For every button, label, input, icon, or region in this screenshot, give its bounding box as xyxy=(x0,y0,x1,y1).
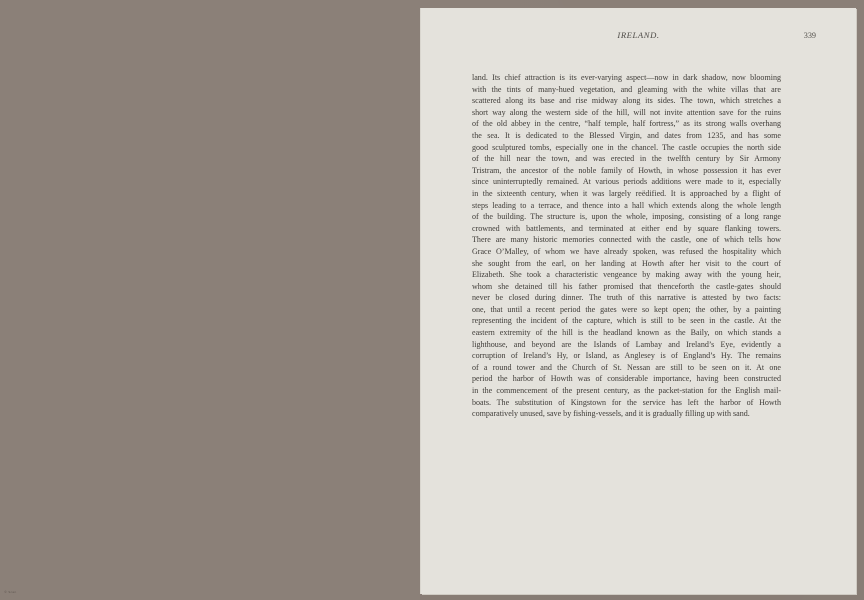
text-line: There are many historic memories connect… xyxy=(472,234,781,246)
text-line: scattered along its base and rise midway… xyxy=(472,95,781,107)
text-line: Grace O’Malley, of whom we have already … xyxy=(472,246,781,258)
archive-stamp: © Scan xyxy=(4,590,16,594)
text-line: of a round tower and the Church of St. N… xyxy=(472,362,781,374)
book-page: IRELAND. 339 land. Its chief attraction … xyxy=(421,8,856,594)
text-line: land. Its chief attraction is its ever-v… xyxy=(472,72,781,84)
text-line: short way along the western side of the … xyxy=(472,107,781,119)
text-line: eastern extremity of the hill is the hea… xyxy=(472,327,781,339)
text-line: corruption of Ireland’s Hy, or Island, a… xyxy=(472,350,781,362)
text-line: lighthouse, and beyond are the Islands o… xyxy=(472,339,781,351)
text-line: in the commencement of the present centu… xyxy=(472,385,781,397)
text-line: period the harbor of Howth was of consid… xyxy=(472,373,781,385)
body-text: land. Its chief attraction is its ever-v… xyxy=(472,72,781,420)
text-line: the sea. It is dedicated to the Blessed … xyxy=(472,130,781,142)
text-line: she sought from the earl, on her landing… xyxy=(472,258,781,270)
text-line: good sculptured tombs, especially one in… xyxy=(472,142,781,154)
running-title: IRELAND. xyxy=(421,30,856,40)
text-line: steps leading to a terrace, and thence i… xyxy=(472,200,781,212)
text-line: since uninterruptedly remained. At vario… xyxy=(472,176,781,188)
text-line: of the building. The structure is, upon … xyxy=(472,211,781,223)
page-number: 339 xyxy=(804,31,816,40)
text-line: representing the incident of the capture… xyxy=(472,315,781,327)
text-line: whom she detained till his father promis… xyxy=(472,281,781,293)
text-line: boats. The substitution of Kingstown for… xyxy=(472,397,781,409)
text-line: crowned with battlements, and terminated… xyxy=(472,223,781,235)
text-line: Elizabeth. She took a characteristic ven… xyxy=(472,269,781,281)
text-line: of the hill near the town, and was erect… xyxy=(472,153,781,165)
scan-viewport: © Scan IRELAND. 339 land. Its chief attr… xyxy=(0,0,864,600)
text-line: never be closed during dinner. The truth… xyxy=(472,292,781,304)
text-line: with the tints of many-hued vegetation, … xyxy=(472,84,781,96)
text-line: in the sixteenth century, when it was la… xyxy=(472,188,781,200)
text-line: Tristram, the ancestor of the noble fami… xyxy=(472,165,781,177)
text-line: comparatively unused, save by fishing-ve… xyxy=(472,408,781,420)
backing-board: © Scan xyxy=(0,0,420,600)
running-head: IRELAND. 339 xyxy=(421,30,856,42)
text-line: of the old abbey in the centre, “half te… xyxy=(472,118,781,130)
text-line: one, that until a recent period the gate… xyxy=(472,304,781,316)
